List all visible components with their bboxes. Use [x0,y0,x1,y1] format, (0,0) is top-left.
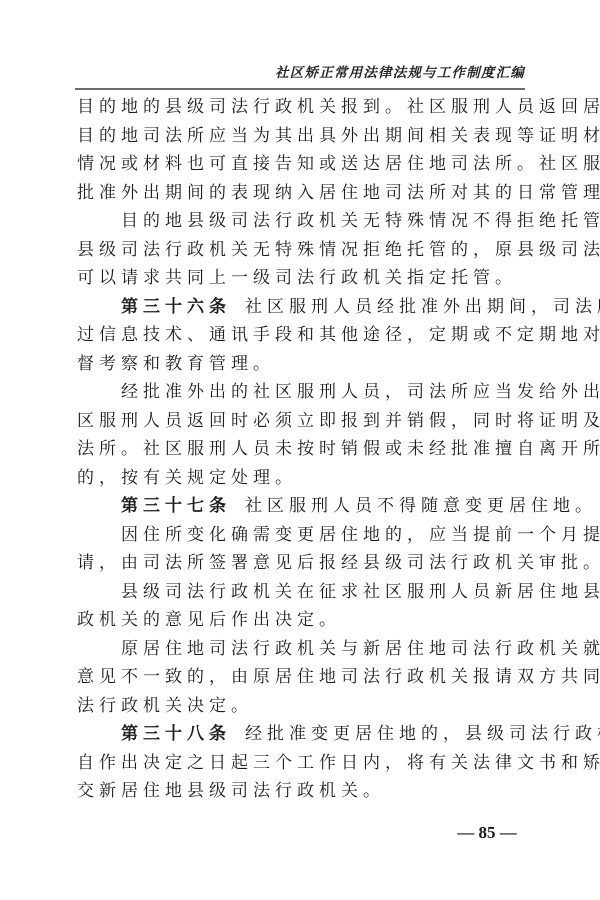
text-line: 过信息技术、通讯手段和其他途径，定期或不定期地对其进行监 [77,321,524,350]
line-text: 区服刑人员返回时必须立即报到并销假，同时将证明及时交回司 [77,411,600,431]
line-text: 县级司法行政机关无特殊情况拒绝托管的，原县级司法行政机关 [77,240,600,260]
text-line: 目的地的县级司法行政机关报到。社区服刑人员返回居住地前， [77,93,524,122]
article-37-line: 第三十七条社区服刑人员不得随意变更居住地。 [77,492,524,521]
line-text: 批准外出期间的表现纳入居住地司法所对其的日常管理考核。 [77,183,600,203]
line-text: 法行政机关决定。 [77,696,253,716]
text-line: 可以请求共同上一级司法行政机关指定托管。 [77,264,524,293]
text-line: 目的地司法所应当为其出具外出期间相关表现等证明材料，有关 [77,122,524,151]
text-line: 县级司法行政机关无特殊情况拒绝托管的，原县级司法行政机关 [77,236,524,265]
text-line: 交新居住地县级司法行政机关。 [77,777,524,806]
line-text: 意见不一致的，由原居住地司法行政机关报请双方共同上一级司 [77,667,600,687]
text-line: 请，由司法所签署意见后报经县级司法行政机关审批。 [77,549,524,578]
text-line: 法所。社区服刑人员未按时销假或未经批准擅自离开所在区域 [77,435,524,464]
line-text: 经批准外出的社区服刑人员，司法所应当发给外出证明。社 [121,382,600,402]
running-header: 社区矫正常用法律法规与工作制度汇编 [75,64,525,82]
text-line: 的，按有关规定处理。 [77,464,524,493]
text-line: 督考察和教育管理。 [77,350,524,379]
header-rule [75,88,525,90]
text-line: 批准外出期间的表现纳入居住地司法所对其的日常管理考核。 [77,179,524,208]
line-text: 经批准变更居住地的，县级司法行政机关应当 [245,724,600,744]
line-text: 政机关的意见后作出决定。 [77,610,341,630]
paragraph-start-line: 因住所变化确需变更居住地的，应当提前一个月提出书面申 [77,521,524,550]
text-line: 自作出决定之日起三个工作日内，将有关法律文书和矫正档案移 [77,749,524,778]
text-line: 法行政机关决定。 [77,692,524,721]
line-text: 可以请求共同上一级司法行政机关指定托管。 [77,268,517,288]
article-number: 第三十八条 [121,724,231,744]
line-text: 交新居住地县级司法行政机关。 [77,781,385,801]
line-text: 督考察和教育管理。 [77,354,275,374]
article-38-line: 第三十八条经批准变更居住地的，县级司法行政机关应当 [77,720,524,749]
line-text: 的，按有关规定处理。 [77,468,297,488]
line-text: 社区服刑人员不得随意变更居住地。 [245,496,597,516]
text-line: 意见不一致的，由原居住地司法行政机关报请双方共同上一级司 [77,663,524,692]
line-text: 县级司法行政机关在征求社区服刑人员新居住地县级司法行 [121,582,600,602]
line-text: 目的地司法所应当为其出具外出期间相关表现等证明材料，有关 [77,126,600,146]
page-number: — 85 — [452,822,522,844]
line-text: 过信息技术、通讯手段和其他途径，定期或不定期地对其进行监 [77,325,600,345]
paragraph-start-line: 原居住地司法行政机关与新居住地司法行政机关就管辖问题 [77,635,524,664]
line-text: 请，由司法所签署意见后报经县级司法行政机关审批。 [77,553,600,573]
line-text: 情况或材料也可直接告知或送达居住地司法所。社区服刑人员经 [77,154,600,174]
line-text: 法所。社区服刑人员未按时销假或未经批准擅自离开所在区域 [77,439,600,459]
text-line: 区服刑人员返回时必须立即报到并销假，同时将证明及时交回司 [77,407,524,436]
article-36-line: 第三十六条社区服刑人员经批准外出期间，司法所应当通 [77,293,524,322]
article-number: 第三十七条 [121,496,231,516]
paragraph-start-line: 县级司法行政机关在征求社区服刑人员新居住地县级司法行 [77,578,524,607]
line-text: 因住所变化确需变更居住地的，应当提前一个月提出书面申 [121,525,600,545]
line-text: 社区服刑人员经批准外出期间，司法所应当通 [245,297,600,317]
line-text: 自作出决定之日起三个工作日内，将有关法律文书和矫正档案移 [77,753,600,773]
paragraph-start-line: 目的地县级司法行政机关无特殊情况不得拒绝托管。目的地 [77,207,524,236]
line-text: 原居住地司法行政机关与新居住地司法行政机关就管辖问题 [121,639,600,659]
paragraph-start-line: 经批准外出的社区服刑人员，司法所应当发给外出证明。社 [77,378,524,407]
article-number: 第三十六条 [121,297,231,317]
line-text: 目的地县级司法行政机关无特殊情况不得拒绝托管。目的地 [121,211,600,231]
text-line: 情况或材料也可直接告知或送达居住地司法所。社区服刑人员经 [77,150,524,179]
body-text: 目的地的县级司法行政机关报到。社区服刑人员返回居住地前， 目的地司法所应当为其出… [77,93,524,806]
text-line: 政机关的意见后作出决定。 [77,606,524,635]
line-text: 目的地的县级司法行政机关报到。社区服刑人员返回居住地前， [77,97,600,117]
